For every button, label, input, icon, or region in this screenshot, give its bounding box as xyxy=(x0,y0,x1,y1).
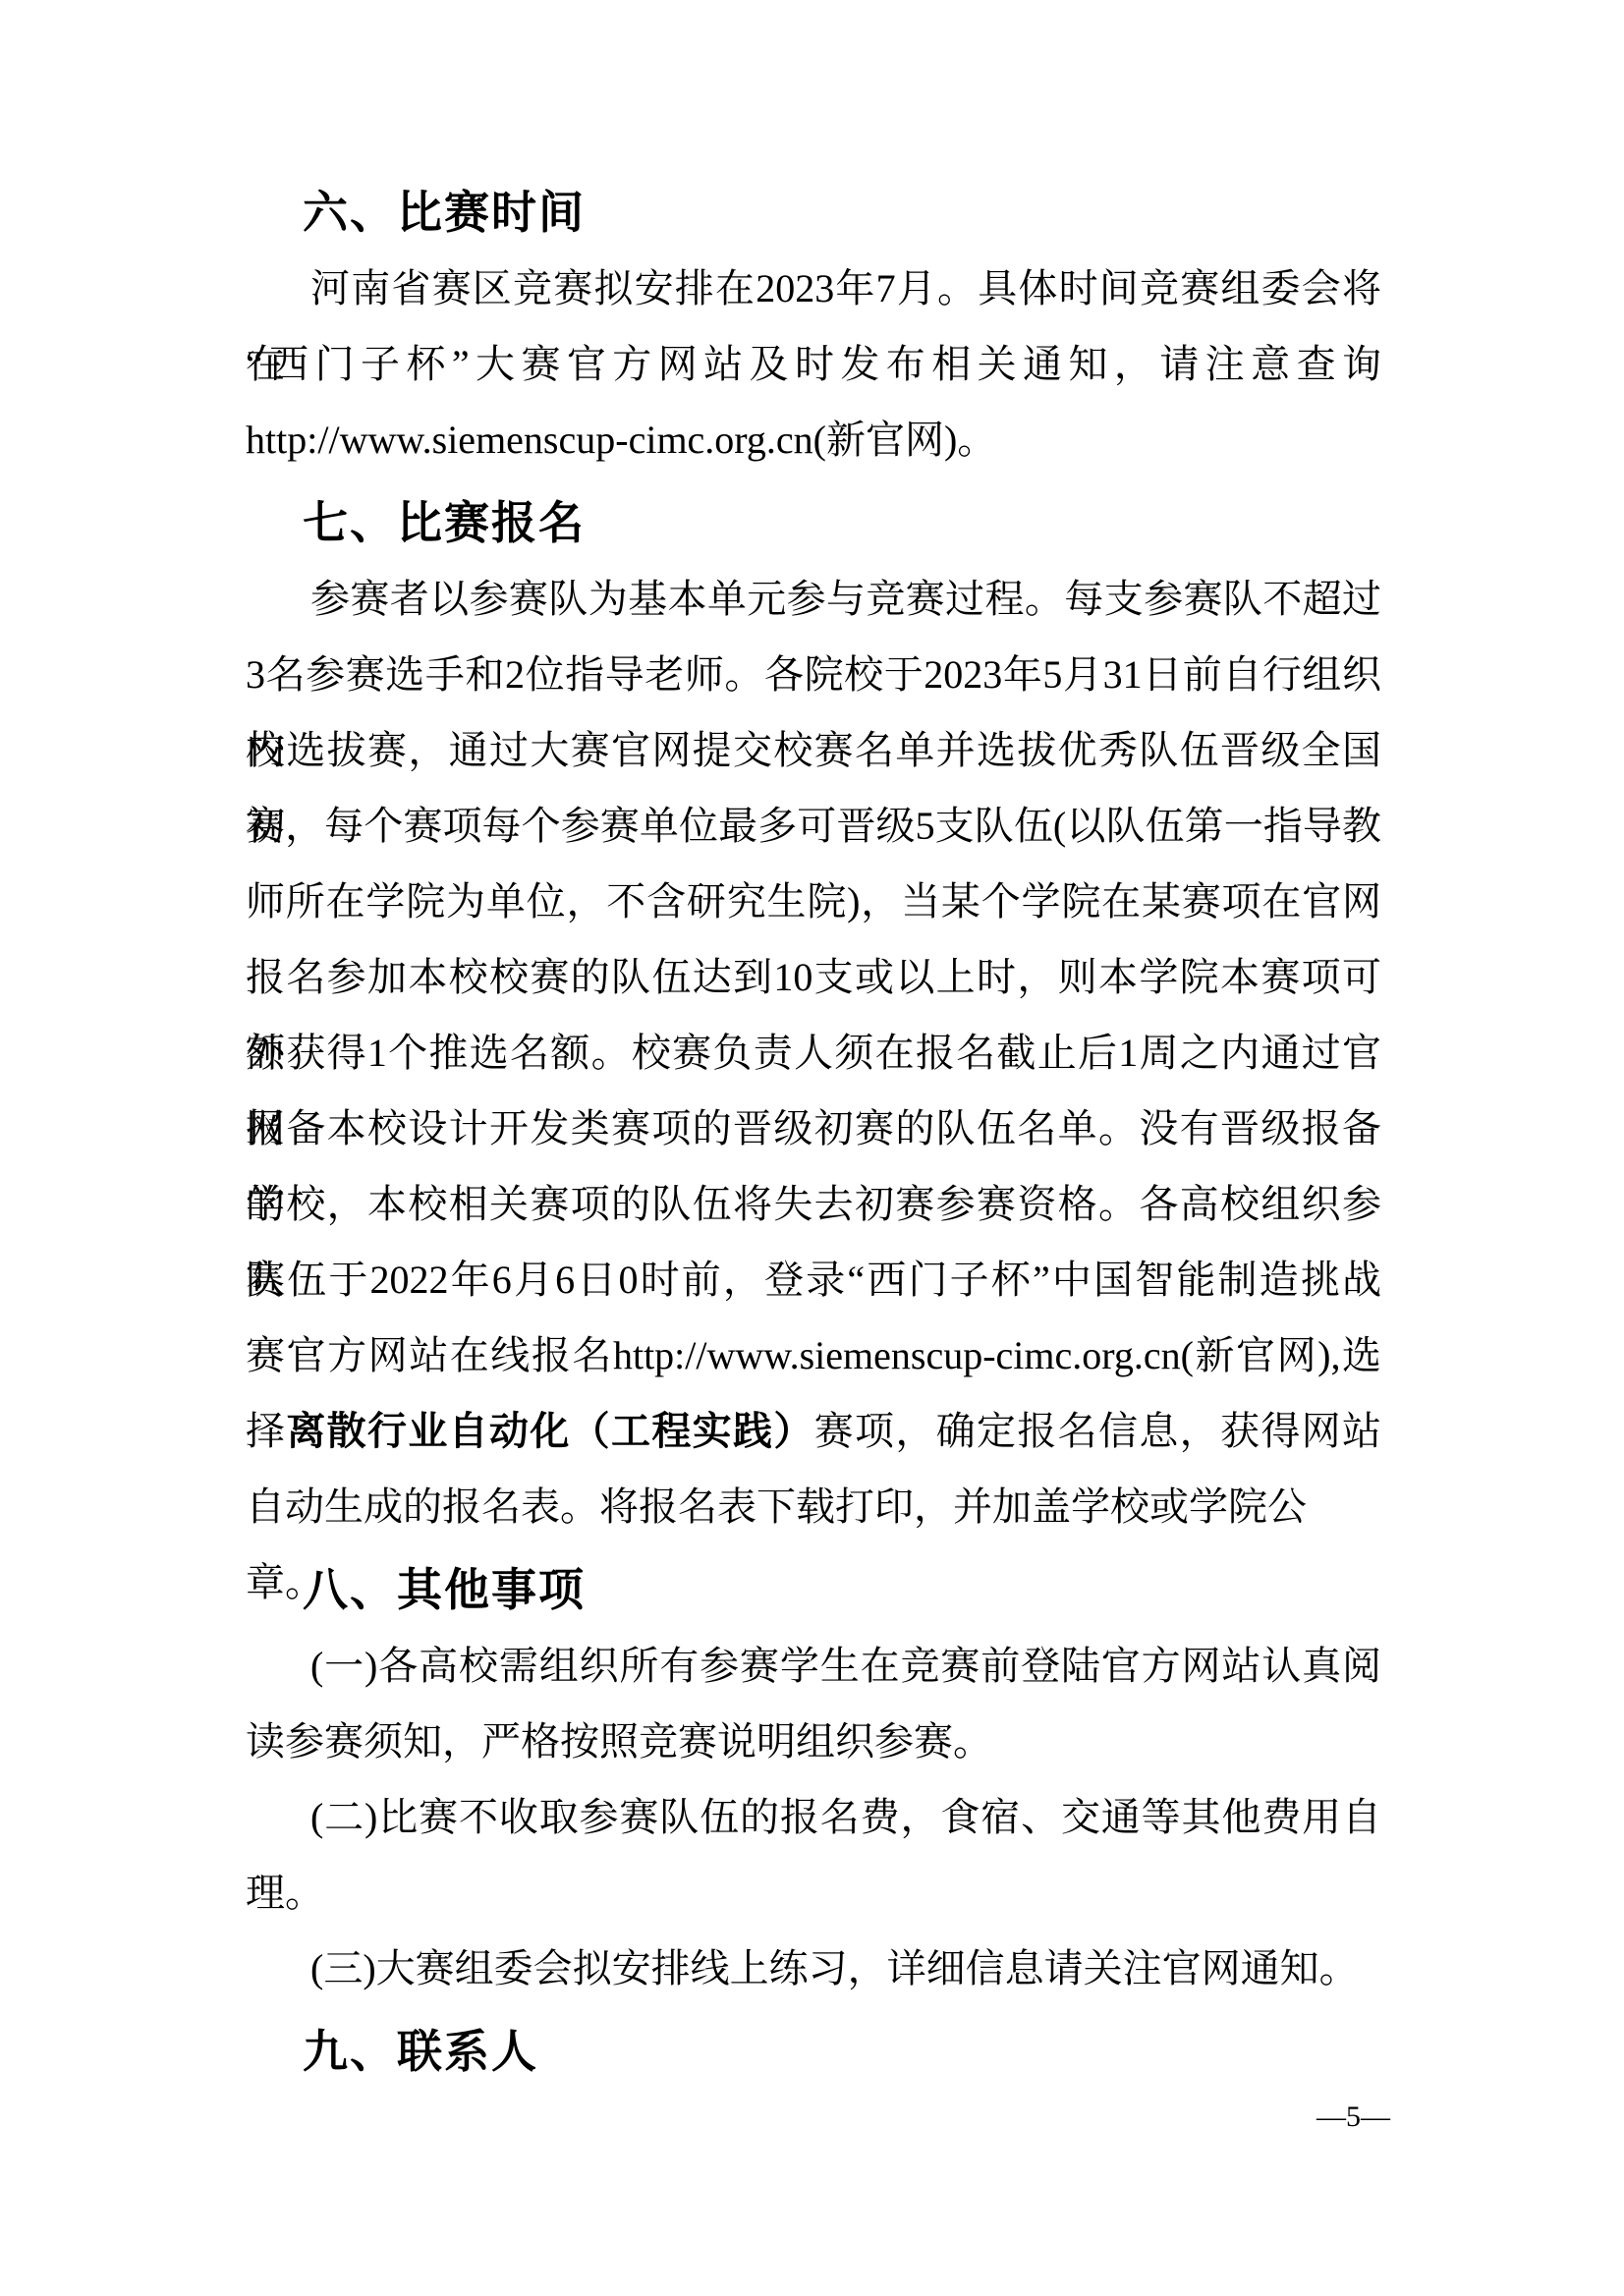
paragraph-line: 队伍于2022年6月6日0时前，登录“西门子杯”中国智能制造挑战 xyxy=(246,1242,1381,1317)
section-heading: 六、比赛时间 xyxy=(246,175,1381,251)
paragraph-line: 参赛者以参赛队为基本单元参与竞赛过程。每支参赛队不超过 xyxy=(246,561,1381,637)
paragraph-line: 学校，本校相关赛项的队伍将失去初赛参赛资格。各高校组织参赛 xyxy=(246,1166,1381,1242)
paragraph-line: 河南省赛区竞赛拟安排在2023年7月。具体时间竞赛组委会将在 xyxy=(246,251,1381,326)
paragraph-line: 报备本校设计开发类赛项的晋级初赛的队伍名单。没有晋级报备的 xyxy=(246,1091,1381,1166)
paragraph-line: (一)各高校需组织所有参赛学生在竞赛前登陆官方网站认真阅 xyxy=(246,1628,1381,1704)
paragraph-line: 赛，每个赛项每个参赛单位最多可晋级5支队伍(以队伍第一指导教 xyxy=(246,788,1381,864)
section-heading: 七、比赛报名 xyxy=(246,485,1381,561)
paragraph-line: 理。 xyxy=(246,1855,1381,1931)
text-run: 赛项，确定报名信息，获得网站 xyxy=(814,1409,1381,1453)
paragraph-line: 赛官方网站在线报名http://www.siemenscup-cimc.org.… xyxy=(246,1317,1381,1393)
paragraph-line: “西门子杯”大赛官方网站及时发布相关通知，请注意查询 xyxy=(246,326,1381,402)
paragraph-line: 择离散行业自动化（工程实践）赛项，确定报名信息，获得网站 xyxy=(246,1393,1381,1469)
paragraph-line: 内选拔赛，通过大赛官网提交校赛名单并选拔优秀队伍晋级全国初 xyxy=(246,712,1381,788)
document-body: 六、比赛时间河南省赛区竞赛拟安排在2023年7月。具体时间竞赛组委会将在“西门子… xyxy=(246,167,1381,2090)
text-run: 择 xyxy=(246,1409,286,1453)
paragraph-line: 外获得1个推选名额。校赛负责人须在报名截止后1周之内通过官网 xyxy=(246,1015,1381,1091)
bold-text-run: 离散行业自动化（工程实践） xyxy=(286,1410,813,1453)
section-heading: 九、联系人 xyxy=(246,2014,1381,2090)
paragraph-line: 师所在学院为单位，不含研究生院)，当某个学院在某赛项在官网 xyxy=(246,864,1381,939)
paragraph-line: 3名参赛选手和2位指导老师。各院校于2023年5月31日前自行组织校 xyxy=(246,637,1381,712)
paragraph-line: (三)大赛组委会拟安排线上练习，详细信息请关注官网通知。 xyxy=(246,1931,1381,2006)
document-page: 六、比赛时间河南省赛区竞赛拟安排在2023年7月。具体时间竞赛组委会将在“西门子… xyxy=(0,0,1624,2296)
paragraph-line: 自动生成的报名表。将报名表下载打印，并加盖学校或学院公章。 xyxy=(246,1469,1381,1544)
paragraph-line: 读参赛须知，严格按照竞赛说明组织参赛。 xyxy=(246,1704,1381,1779)
section-heading: 八、其他事项 xyxy=(246,1552,1381,1628)
paragraph-line: 报名参加本校校赛的队伍达到10支或以上时，则本学院本赛项可额 xyxy=(246,939,1381,1015)
page-number: —5— xyxy=(1316,2099,1390,2136)
paragraph-line: http://www.siemenscup-cimc.org.cn(新官网)。 xyxy=(246,402,1381,477)
paragraph-line: (二)比赛不收取参赛队伍的报名费，食宿、交通等其他费用自 xyxy=(246,1779,1381,1855)
